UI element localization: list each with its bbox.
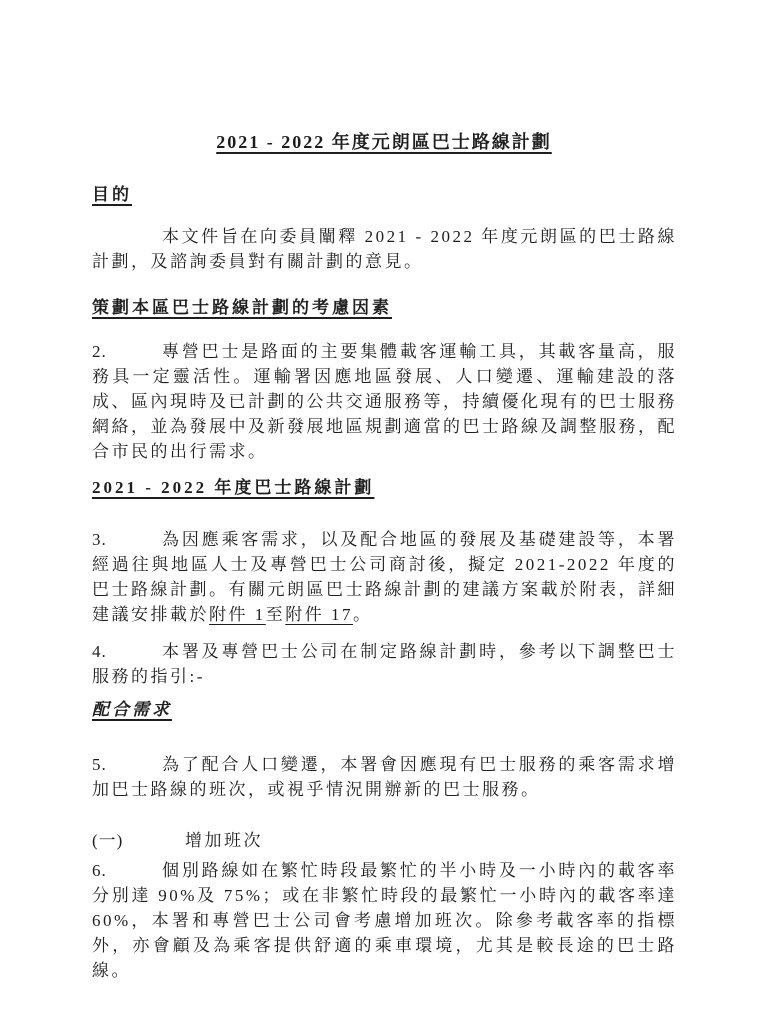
section-heading-purpose: 目的 xyxy=(92,182,677,207)
subsection-1-title: 增加班次 xyxy=(185,831,263,850)
paragraph-purpose: 本文件旨在向委員闡釋 2021 - 2022 年度元朗區的巴士路線計劃，及諮詢委… xyxy=(92,224,677,274)
annex-reference-end: 附件 17 xyxy=(285,605,353,624)
paragraph-5: 5. 為了配合人口變遷，本署會因應現有巴士服務的乘客需求增加巴士路線的班次，或視… xyxy=(92,752,677,802)
section-heading-demand-text: 配合需求 xyxy=(92,700,172,719)
paragraph-2-text: 專營巴士是路面的主要集體載客運輸工具，其載客量高，服務具一定靈活性。運輸署因應地… xyxy=(92,342,677,461)
paragraph-5-number: 5. xyxy=(92,752,107,777)
section-heading-factors-text: 策劃本區巴士路線計劃的考慮因素 xyxy=(92,298,392,317)
paragraph-4: 4. 本署及專營巴士公司在制定路線計劃時，參考以下調整巴士服務的指引:- xyxy=(92,639,677,689)
annex-conjunction: 至 xyxy=(266,605,286,624)
paragraph-purpose-text: 本文件旨在向委員闡釋 2021 - 2022 年度元朗區的巴士路線計劃，及諮詢委… xyxy=(92,227,677,271)
paragraph-2: 2. 專營巴士是路面的主要集體載客運輸工具，其載客量高，服務具一定靈活性。運輸署… xyxy=(92,339,677,464)
paragraph-4-text: 本署及專營巴士公司在制定路線計劃時，參考以下調整巴士服務的指引:- xyxy=(92,642,677,686)
paragraph-2-number: 2. xyxy=(92,339,107,364)
section-heading-plan-text: 2021 - 2022 年度巴士路線計劃 xyxy=(92,478,374,497)
section-heading-plan: 2021 - 2022 年度巴士路線計劃 xyxy=(92,475,677,500)
paragraph-3-closing: 。 xyxy=(353,605,373,624)
paragraph-3-text: 為因應乘客需求，以及配合地區的發展及基礎建設等，本署經過往與地區人士及專營巴士公… xyxy=(92,530,677,624)
section-heading-purpose-text: 目的 xyxy=(92,185,132,204)
document-title-text: 2021 - 2022 年度元朗區巴士路線計劃 xyxy=(216,132,552,152)
paragraph-6-text: 個別路線如在繁忙時段最繁忙的半小時及一小時內的載客率分別達 90%及 75%；或… xyxy=(92,861,677,980)
paragraph-4-number: 4. xyxy=(92,639,107,664)
section-heading-demand: 配合需求 xyxy=(92,697,677,722)
paragraph-3: 3. 為因應乘客需求，以及配合地區的發展及基礎建設等，本署經過往與地區人士及專營… xyxy=(92,527,677,627)
section-heading-factors: 策劃本區巴士路線計劃的考慮因素 xyxy=(92,295,677,320)
paragraph-5-text: 為了配合人口變遷，本署會因應現有巴士服務的乘客需求增加巴士路線的班次，或視乎情況… xyxy=(92,755,677,799)
subsection-1-label: (一) xyxy=(92,828,123,853)
paragraph-3-number: 3. xyxy=(92,527,107,552)
paragraph-6-number: 6. xyxy=(92,858,107,883)
subsection-1-increase-frequency: (一) 增加班次 xyxy=(92,828,677,853)
document-page: 2021 - 2022 年度元朗區巴士路線計劃 目的 本文件旨在向委員闡釋 20… xyxy=(0,0,768,1024)
document-title: 2021 - 2022 年度元朗區巴士路線計劃 xyxy=(0,129,768,155)
paragraph-6: 6. 個別路線如在繁忙時段最繁忙的半小時及一小時內的載客率分別達 90%及 75… xyxy=(92,858,677,983)
annex-reference-start: 附件 1 xyxy=(209,605,266,624)
